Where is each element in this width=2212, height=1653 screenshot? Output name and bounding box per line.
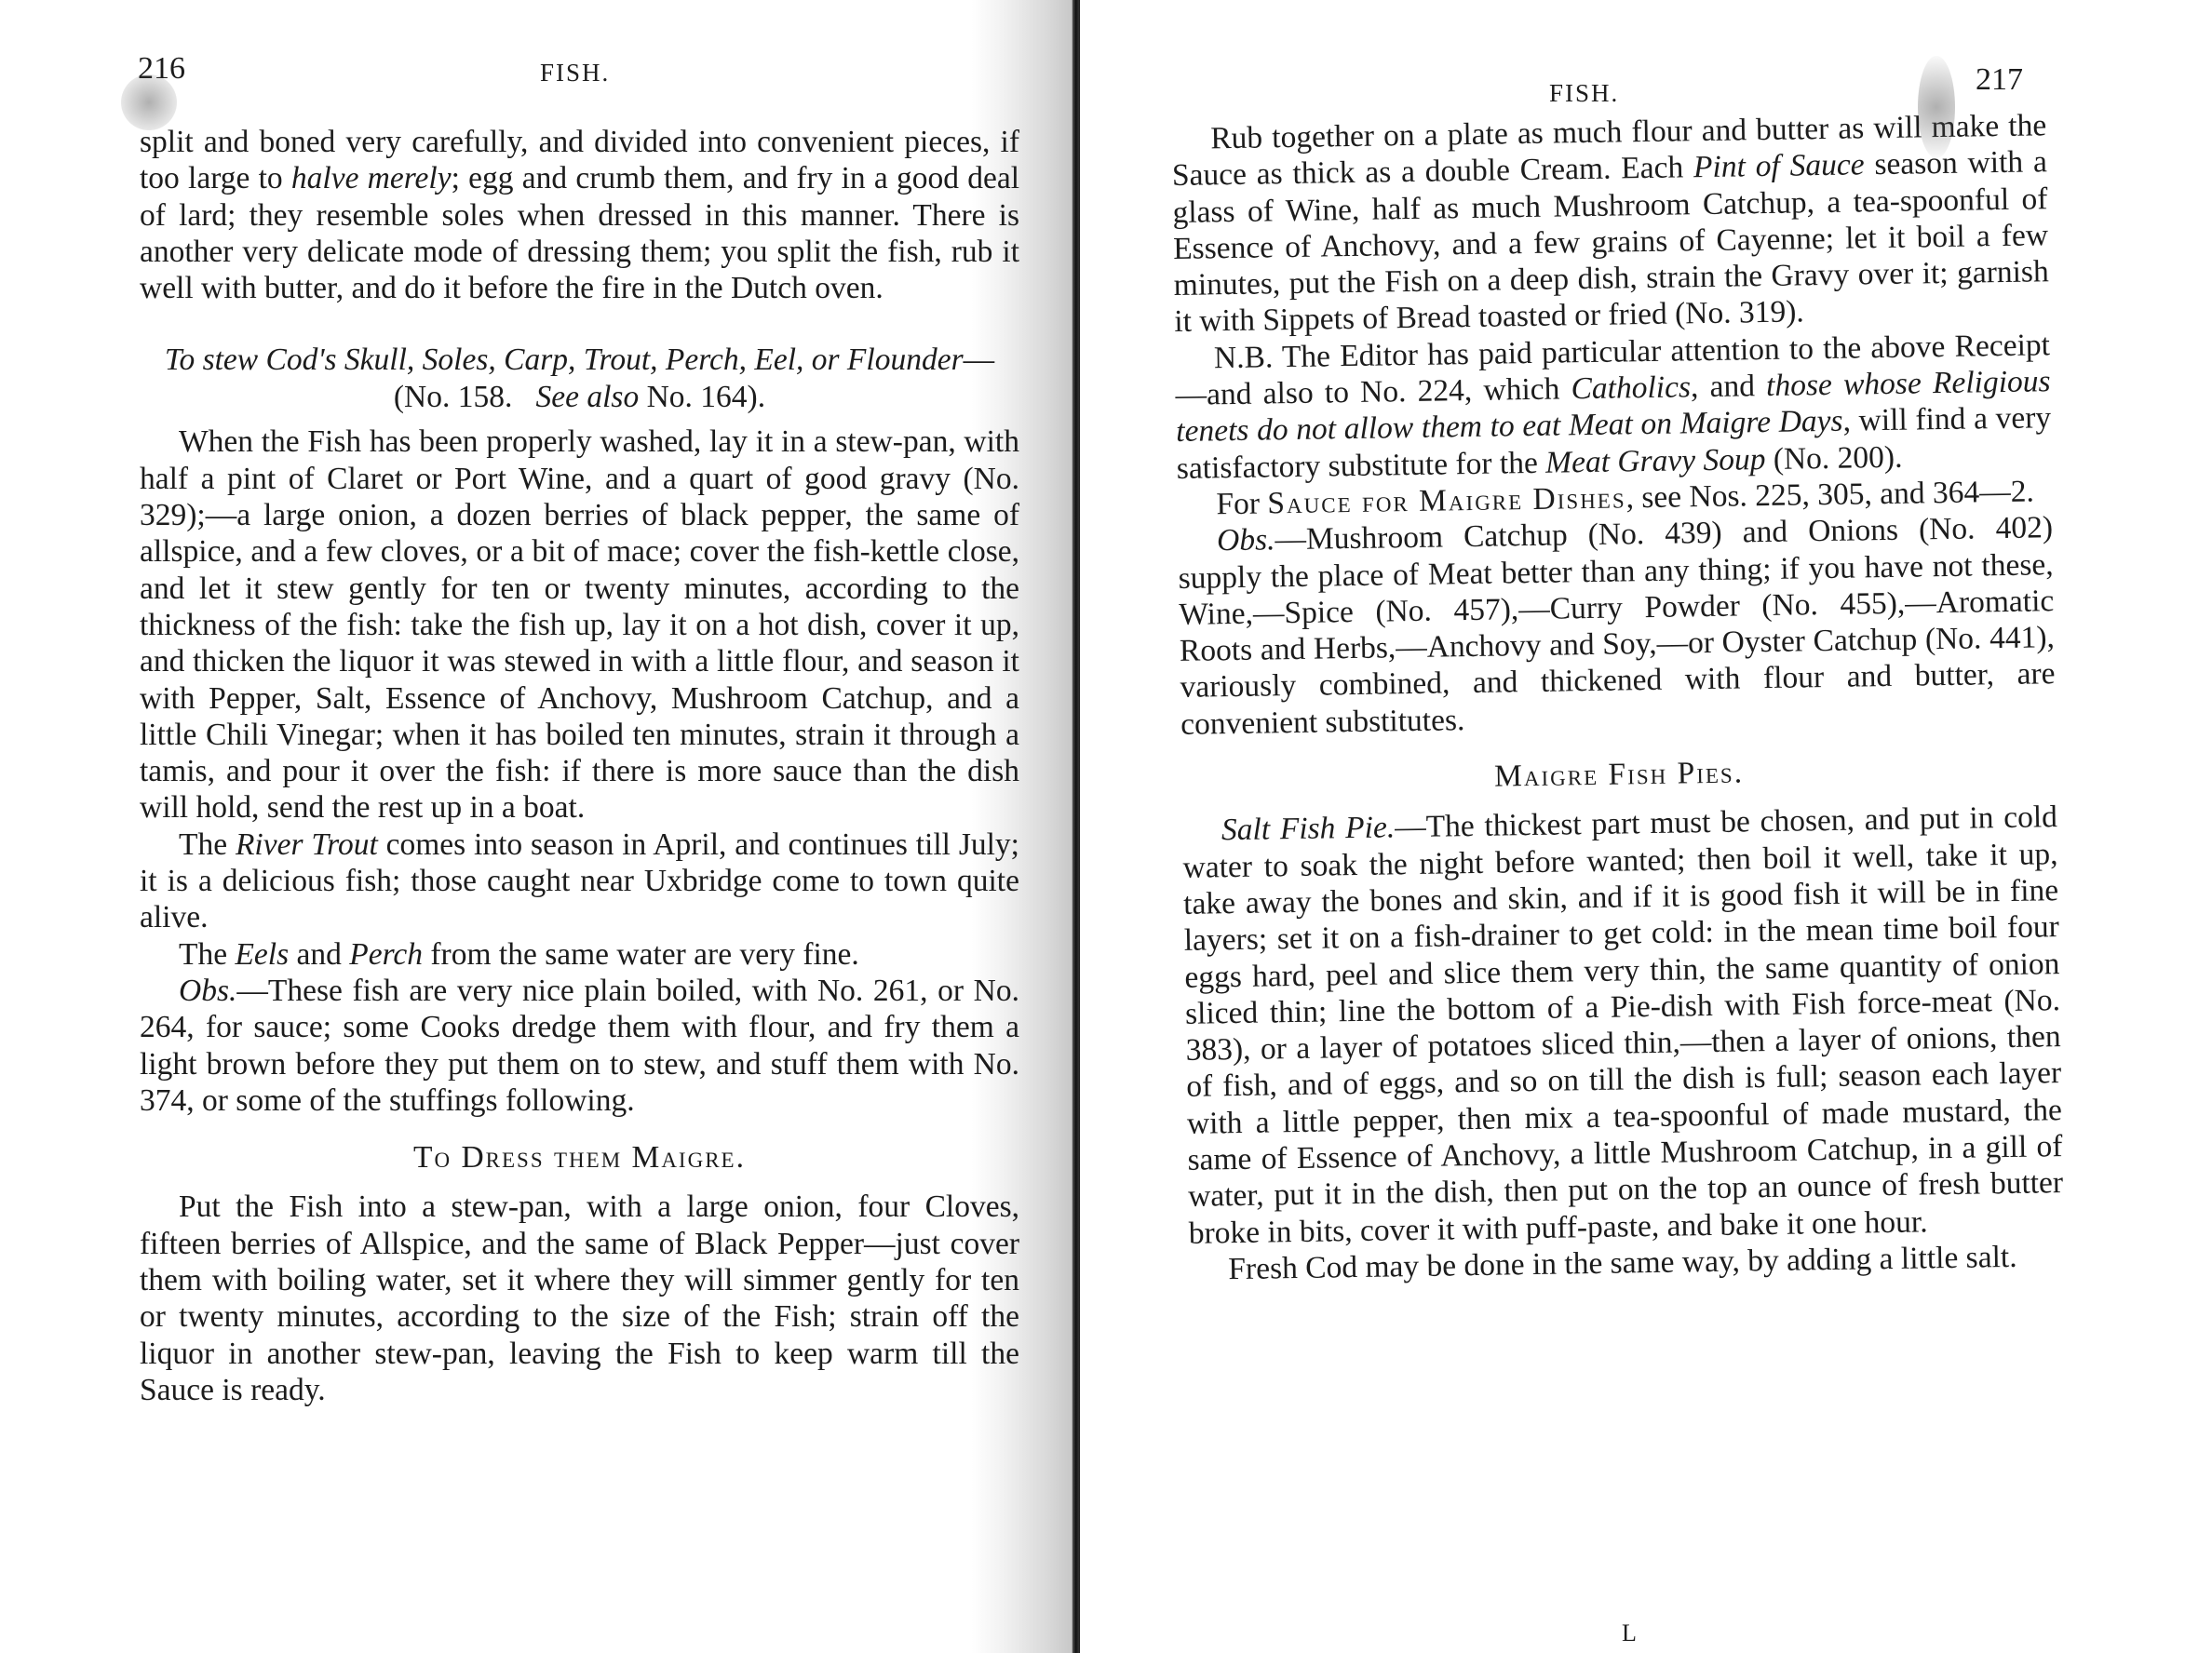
obs-paragraph-left: Obs.—These fish are very nice plain boil… [140, 973, 1019, 1119]
eels-paragraph: The Eels and Perch from the same water a… [140, 936, 1019, 973]
obs-paragraph-right: Obs.—Mushroom Catchup (No. 439) and Onio… [1178, 509, 2057, 743]
rub-paragraph: Rub together on a plate as much flour an… [1171, 107, 2050, 341]
ink-smudge [1918, 56, 1955, 158]
left-page: 216 FISH. split and boned very carefully… [0, 0, 1080, 1653]
ink-smudge [121, 74, 177, 130]
continuation-paragraph: split and boned very carefully, and divi… [140, 124, 1019, 306]
signature-mark: L [1622, 1619, 1637, 1647]
maigre-paragraph: Put the Fish into a stew-pan, with a lar… [140, 1189, 1019, 1408]
page-number-right: 217 [1976, 61, 2023, 99]
section-heading-maigre-fish-pies: Maigre Fish Pies. [1181, 749, 2057, 800]
section-heading-dress-maigre: To Dress them Maigre. [140, 1139, 1019, 1176]
running-head-right: FISH. [1549, 74, 1619, 112]
nb-paragraph: N.B. The Editor has paid particular atte… [1175, 327, 2052, 487]
running-head-left: FISH. [540, 54, 610, 91]
recipe-title: To stew Cod's Skull, Soles, Carp, Trout,… [140, 342, 1019, 416]
river-trout-paragraph: The River Trout comes into season in Apr… [140, 826, 1019, 936]
left-text-column: split and boned very carefully, and divi… [140, 124, 1019, 1408]
salt-fish-pie-paragraph: Salt Fish Pie.—The thickest part must be… [1182, 799, 2064, 1251]
stew-paragraph: When the Fish has been properly washed, … [140, 423, 1019, 826]
right-text-column: Rub together on a plate as much flour an… [1171, 107, 2065, 1288]
book-gutter [1072, 0, 1079, 1653]
